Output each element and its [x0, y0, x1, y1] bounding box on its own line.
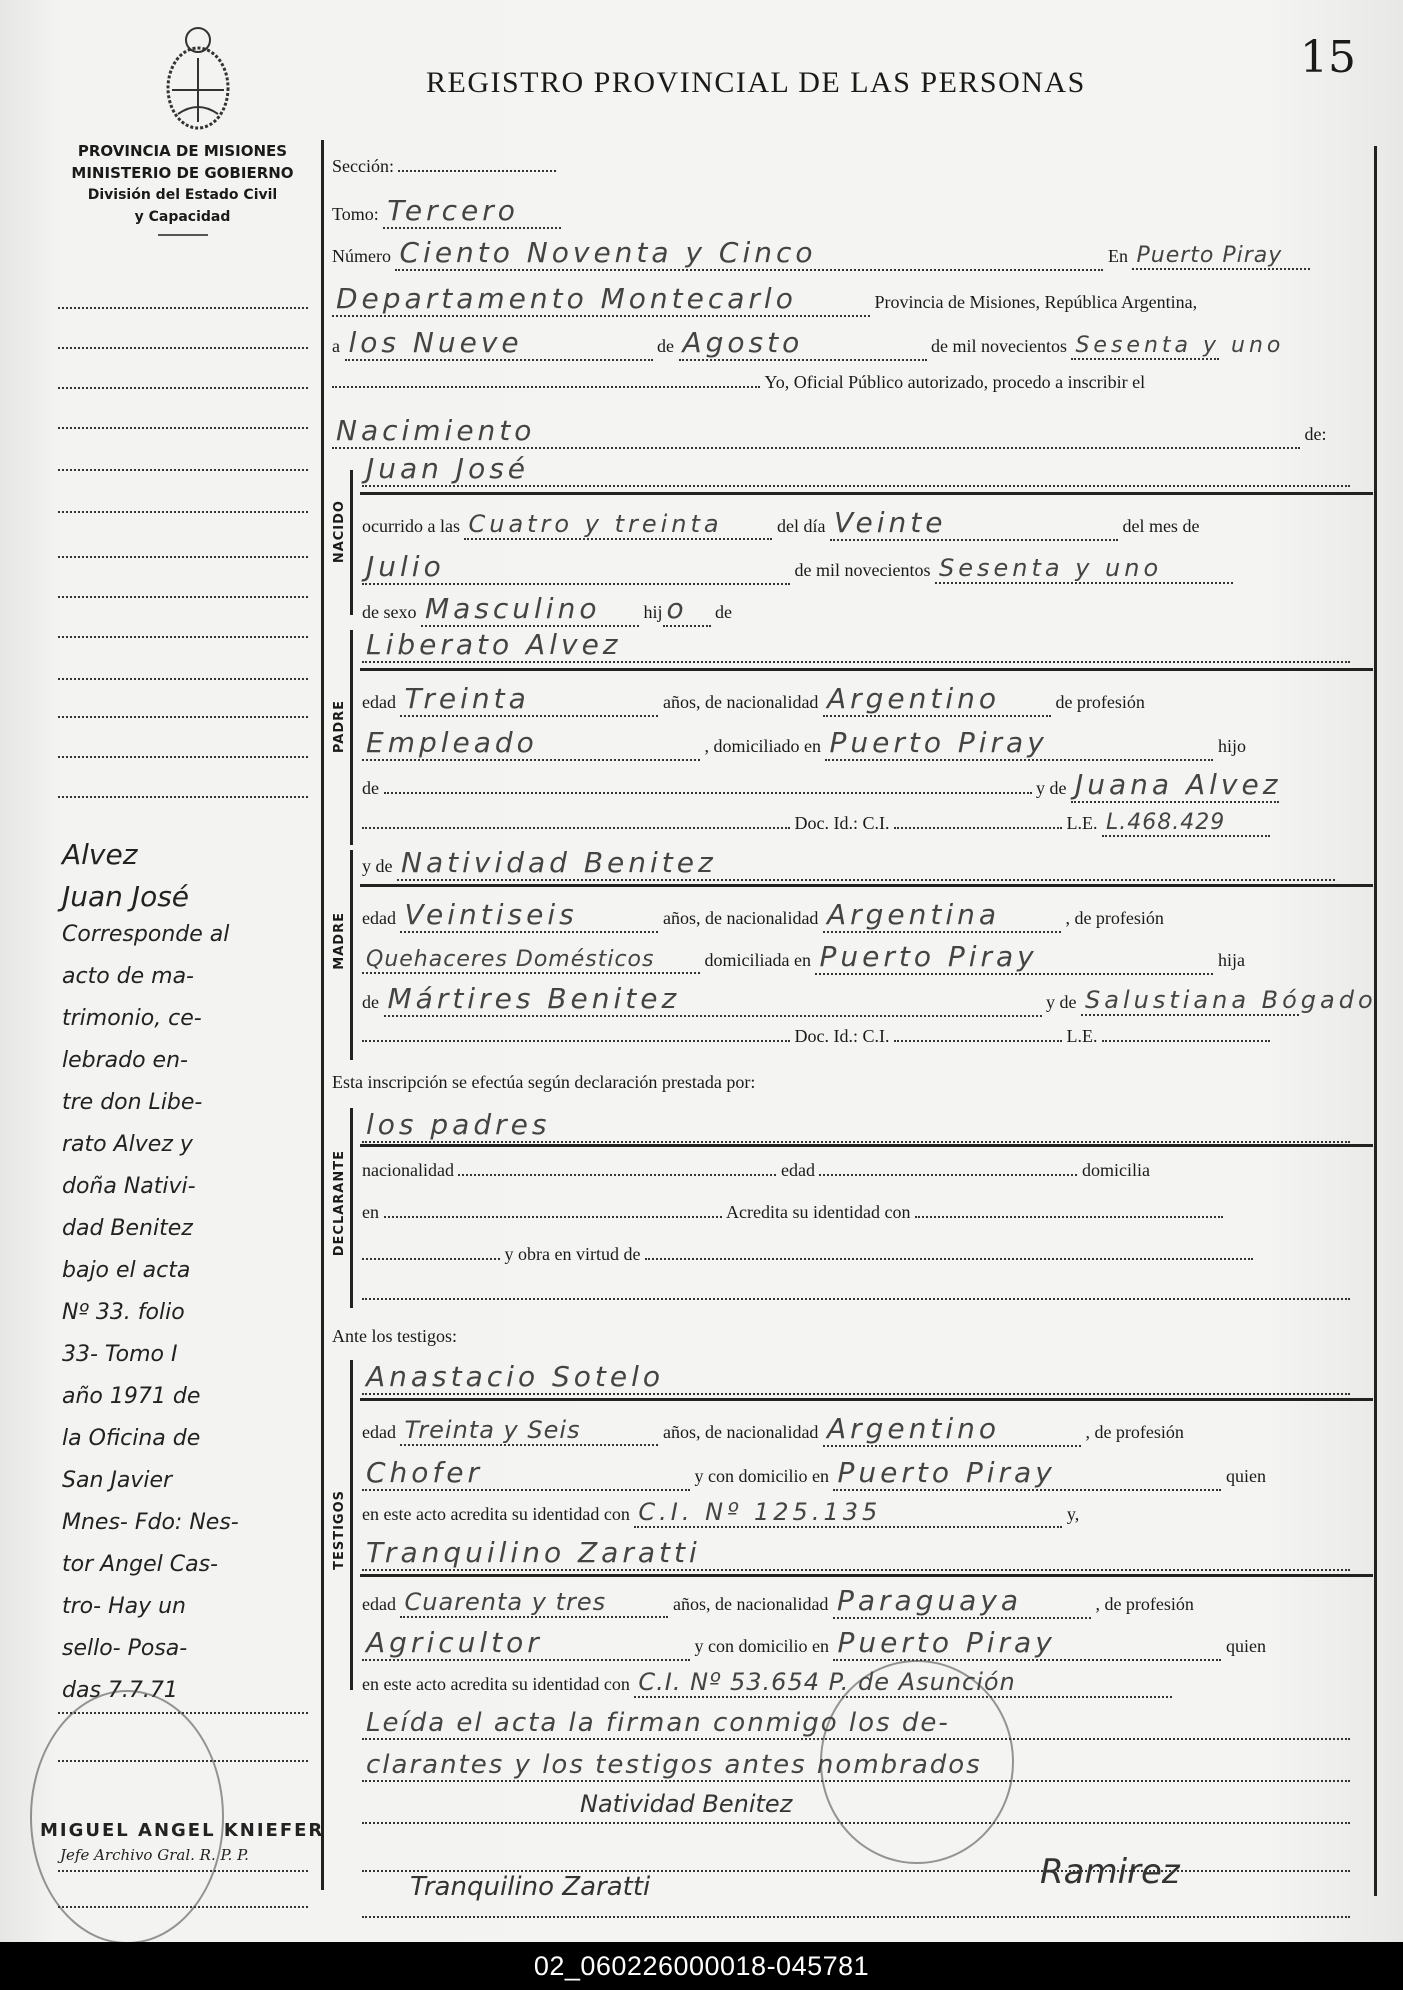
edad-label: edad	[362, 1594, 396, 1614]
margin-note-line: acto de ma-	[62, 964, 312, 989]
office-province: PROVINCIA DE MISIONES	[50, 140, 315, 162]
margin-note-line: tre don Libe-	[62, 1090, 312, 1115]
hijo-label: hijo	[1218, 736, 1246, 756]
margin-note-line: tro- Hay un	[62, 1594, 312, 1619]
sexo-row: de sexo Masculino hijo de	[362, 592, 1373, 627]
anio-continuation-field	[332, 386, 760, 388]
testigos-bar	[350, 1360, 353, 1690]
margin-note-line: bajo el acta	[62, 1258, 312, 1283]
hij-label: hij	[643, 602, 662, 622]
testigo-1-identidad-field: C.I. Nº 125.135	[634, 1498, 1062, 1528]
signature-madre: Natividad Benitez	[580, 1790, 792, 1818]
margin-note-line: Juan José	[62, 880, 312, 913]
tomo-row: Tomo: Tercero	[332, 194, 1373, 229]
declarante-edad-field	[819, 1174, 1077, 1176]
quien-label: quien	[1226, 1466, 1266, 1486]
margin-note-line: doña Nativi-	[62, 1174, 312, 1199]
testigo-2-nombre-row: Tranquilino Zaratti	[362, 1536, 1373, 1571]
declarante-extra-field	[362, 1298, 1350, 1300]
padre-nombre-row: Liberato Alvez	[362, 628, 1373, 663]
margin-line	[58, 1760, 308, 1762]
edad-label: edad	[362, 1422, 396, 1442]
testigo-2-edad-field: Cuarenta y tres	[400, 1588, 668, 1618]
abuela-continuation-field	[362, 827, 790, 829]
rule	[360, 1144, 1373, 1147]
de-label: de	[362, 778, 379, 798]
profesion-label: , de profesión	[1065, 908, 1163, 928]
margin-note-line: Nº 33. folio	[62, 1300, 312, 1325]
madre-le-field	[1102, 1040, 1270, 1042]
declarante-extra-row	[362, 1284, 1373, 1305]
issuing-office: PROVINCIA DE MISIONES MINISTERIO DE GOBI…	[50, 140, 315, 236]
declarante-identidad-cont-field	[362, 1258, 500, 1260]
testigo-1-domicilio-field: Puerto Piray	[833, 1456, 1221, 1491]
dia-field: los Nueve	[345, 326, 653, 361]
stamp-signatory-title: Jefe Archivo Gral. R. P. P.	[60, 1846, 249, 1864]
abuela-paterna-field: Juana Alvez	[1071, 768, 1279, 803]
acredita-label: en este acto acredita su identidad con	[362, 1674, 630, 1694]
margin-line	[58, 716, 308, 718]
margin-note-line: tor Angel Cas-	[62, 1552, 312, 1577]
margin-note-line: la Oficina de	[62, 1426, 312, 1451]
office-division: División del Estado Civil	[50, 184, 315, 206]
departamento-row: Departamento Montecarlo Provincia de Mis…	[332, 282, 1373, 317]
margin-note-line: trimonio, ce-	[62, 1006, 312, 1031]
stamp-signatory-name: MIGUEL ANGEL KNIEFER	[40, 1820, 324, 1841]
margin-line	[58, 1906, 308, 1908]
margin-note-line: sello- Posa-	[62, 1636, 312, 1661]
testigo-2-edad-row: edad Cuarenta y tres años, de nacionalid…	[362, 1584, 1373, 1619]
certificate-page: PROVINCIA DE MISIONES MINISTERIO DE GOBI…	[0, 0, 1403, 1942]
acredita-label: Acredita su identidad con	[726, 1202, 910, 1222]
abuela-materna-continuation-field	[362, 1040, 790, 1042]
official-seal-center-icon	[820, 1660, 1014, 1864]
testigos-intro-row: Ante los testigos:	[332, 1326, 1373, 1347]
margin-line	[58, 636, 308, 638]
oficial-row: Yo, Oficial Público autorizado, procedo …	[332, 372, 1373, 393]
profesion-label: de profesión	[1055, 692, 1144, 712]
testigo-1-profesion-field: Chofer	[362, 1456, 690, 1491]
seccion-label: Sección:	[332, 156, 394, 176]
nacionalidad-label: años, de nacionalidad	[663, 692, 818, 712]
mil-nac-label: de mil novecientos	[795, 560, 931, 580]
doc-label: Doc. Id.: C.I.	[795, 813, 890, 833]
mes-nac-field: Julio	[362, 550, 790, 585]
margin-line	[58, 596, 308, 598]
testigo-1-prof-row: Chofer y con domicilio en Puerto Piray q…	[362, 1456, 1373, 1491]
margin-line	[58, 796, 308, 798]
del-dia-label: del día	[777, 516, 825, 536]
y-de-label: y de	[1036, 778, 1067, 798]
testigo-2-nacionalidad-field: Paraguaya	[833, 1584, 1091, 1619]
padre-profesion-row: Empleado , domiciliado en Puerto Piray h…	[362, 726, 1373, 761]
sexo-label: de sexo	[362, 602, 416, 622]
y-label: y,	[1067, 1504, 1079, 1524]
domicilio-label: y con domicilio en	[695, 1636, 829, 1656]
fecha-row: a los Nueve de Agosto de mil novecientos…	[332, 326, 1373, 361]
margin-line	[58, 307, 308, 309]
abuela-materna-field: Salustiana Bógado	[1081, 986, 1299, 1016]
margin-divider	[321, 140, 324, 1890]
anio-field: Sesenta y uno	[1071, 333, 1219, 360]
a-label: a	[332, 336, 340, 356]
right-border	[1374, 146, 1377, 1896]
numero-label: Número	[332, 246, 391, 266]
tomo-label: Tomo:	[332, 204, 379, 224]
testigo-2-prof-row: Agricultor y con domicilio en Puerto Pir…	[362, 1626, 1373, 1661]
signature-oficial: Ramirez	[1040, 1852, 1180, 1892]
madre-doc-row: Doc. Id.: C.I. L.E.	[362, 1026, 1373, 1047]
de-nac-label: de	[715, 602, 732, 622]
testigo-1-edad-field: Treinta y Seis	[400, 1416, 658, 1446]
padre-padres-row: de y de Juana Alvez	[362, 768, 1373, 803]
margin-note-line: lebrado en-	[62, 1048, 312, 1073]
padre-profesion-field: Empleado	[362, 726, 700, 761]
office-ministry: MINISTERIO DE GOBIERNO	[50, 162, 315, 184]
nacido-mes-row: Julio de mil novecientos Sesenta y uno	[362, 550, 1373, 585]
padre-doc-row: Doc. Id.: C.I. L.E. L.468.429	[362, 810, 1373, 837]
office-rule	[158, 234, 208, 236]
signature-rule	[362, 1848, 1350, 1872]
declarante-intro: Esta inscripción se efectúa según declar…	[332, 1072, 755, 1092]
rule	[360, 1398, 1373, 1401]
madre-padres-row: de Mártires Benitez y de Salustiana Bóga…	[362, 982, 1373, 1017]
margin-line	[58, 427, 308, 429]
ocurrido-label: ocurrido a las	[362, 516, 460, 536]
en-field: Puerto Piray	[1132, 243, 1310, 270]
declarante-section-label: DECLARANTE	[332, 1150, 347, 1256]
margin-note-line: Corresponde al	[62, 922, 312, 947]
doc-label: Doc. Id.: C.I.	[795, 1026, 890, 1046]
page-title: REGISTRO PROVINCIAL DE LAS PERSONAS	[426, 66, 1086, 100]
margin-note-line: rato Alvez y	[62, 1132, 312, 1157]
de-label: de	[362, 992, 379, 1012]
le-label: L.E.	[1066, 1026, 1097, 1046]
y-de-madre-label: y de	[362, 856, 393, 876]
declarante-identidad-field	[915, 1216, 1223, 1218]
nacido-section-label: NACIDO	[332, 500, 347, 563]
acto-row: Nacimiento de:	[332, 414, 1373, 449]
declarante-nac-row: nacionalidad edad domicilia	[362, 1160, 1373, 1181]
image-code: 02_060226000018-045781	[534, 1951, 869, 1981]
provincia-text: Provincia de Misiones, República Argenti…	[875, 292, 1198, 312]
quien-label: quien	[1226, 1636, 1266, 1656]
testigo-1-nombre-row: Anastacio Sotelo	[362, 1360, 1373, 1395]
oficial-text: Yo, Oficial Público autorizado, procedo …	[765, 372, 1146, 392]
margin-line	[58, 556, 308, 558]
hija-label: hija	[1218, 950, 1245, 970]
tomo-field: Tercero	[383, 194, 561, 229]
madre-profesion-row: Quehaceres Domésticos domiciliada en Pue…	[362, 940, 1373, 975]
margin-line	[58, 347, 308, 349]
padre-edad-row: edad Treinta años, de nacionalidad Argen…	[362, 682, 1373, 717]
margin-note-line: San Javier	[62, 1468, 312, 1493]
nacido-nombre-field: Juan José	[362, 452, 1350, 487]
domicilio-label: y con domicilio en	[695, 1466, 829, 1486]
declarante-obra-field	[645, 1258, 1253, 1260]
madre-edad-row: edad Veintiseis años, de nacionalidad Ar…	[362, 898, 1373, 933]
edad-label: edad	[362, 692, 396, 712]
rule	[360, 1574, 1373, 1577]
testigo-2-nombre-field: Tranquilino Zaratti	[362, 1536, 1350, 1571]
testigos-section-label: TESTIGOS	[332, 1490, 347, 1570]
testigo-2-profesion-field: Agricultor	[362, 1626, 690, 1661]
abuelo-paterno-field	[384, 792, 1032, 794]
image-code-bar: 02_060226000018-045781	[0, 1942, 1403, 1990]
testigo-2-domicilio-field: Puerto Piray	[833, 1626, 1221, 1661]
margin-note-line: Alvez	[62, 838, 312, 871]
madre-ci-field	[894, 1040, 1062, 1042]
office-capacity: y Capacidad	[50, 206, 315, 228]
de-colon-label: de:	[1305, 424, 1327, 444]
nacido-bar	[350, 470, 353, 615]
de-label: de	[657, 336, 674, 356]
margin-line	[58, 511, 308, 513]
declarante-intro-row: Esta inscripción se efectúa según declar…	[332, 1072, 1373, 1093]
testigo-1-identidad-row: en este acto acredita su identidad con C…	[362, 1498, 1373, 1528]
rule	[360, 884, 1373, 887]
nacido-hora-row: ocurrido a las Cuatro y treinta del día …	[362, 506, 1373, 541]
nacido-nombre-row: Juan José	[362, 452, 1373, 487]
madre-section-label: MADRE	[332, 912, 347, 970]
testigo-1-edad-row: edad Treinta y Seis años, de nacionalida…	[362, 1412, 1373, 1447]
acto-field: Nacimiento	[332, 414, 1300, 449]
seccion-row: Sección:	[332, 156, 1373, 177]
madre-bar	[350, 850, 353, 1060]
domicilio-label: domiciliada en	[705, 950, 811, 970]
abuelo-materno-field: Mártires Benitez	[384, 982, 1042, 1017]
padre-le-field: L.468.429	[1102, 810, 1270, 837]
numero-row: Número Ciento Noventa y Cinco En Puerto …	[332, 236, 1373, 271]
le-label: L.E.	[1066, 813, 1097, 833]
margin-line	[58, 387, 308, 389]
margin-line	[58, 1870, 308, 1872]
rule	[360, 492, 1373, 495]
seccion-field	[398, 170, 556, 172]
profesion-label: , de profesión	[1095, 1594, 1193, 1614]
sexo-field: Masculino	[421, 592, 639, 627]
signature-testigo: Tranquilino Zaratti	[410, 1872, 650, 1902]
nacionalidad-label: años, de nacionalidad	[663, 908, 818, 928]
madre-nombre-field: Natividad Benitez	[397, 846, 1335, 881]
padre-ci-field	[894, 827, 1062, 829]
nacionalidad-label: años, de nacionalidad	[663, 1422, 818, 1442]
testigos-intro: Ante los testigos:	[332, 1326, 457, 1346]
madre-nombre-row: y de Natividad Benitez	[362, 846, 1373, 881]
padre-domicilio-field: Puerto Piray	[825, 726, 1213, 761]
dia-nac-field: Veinte	[830, 506, 1118, 541]
padre-section-label: PADRE	[332, 700, 347, 753]
profesion-label: , de profesión	[1085, 1422, 1183, 1442]
hora-field: Cuatro y treinta	[464, 510, 772, 540]
rule	[360, 668, 1373, 671]
margin-line	[58, 1712, 308, 1714]
del-mes-label: del mes de	[1122, 516, 1199, 536]
margin-line	[58, 678, 308, 680]
margin-note-line: año 1971 de	[62, 1384, 312, 1409]
nacionalidad-label: años, de nacionalidad	[673, 1594, 828, 1614]
mes-field: Agosto	[679, 326, 927, 361]
mil-label: de mil novecientos	[931, 336, 1067, 356]
testigo-1-nacionalidad-field: Argentino	[823, 1412, 1081, 1447]
y-de-label: y de	[1046, 992, 1077, 1012]
obra-label: y obra en virtud de	[505, 1244, 641, 1264]
madre-domicilio-field: Puerto Piray	[815, 940, 1213, 975]
en-label: en	[362, 1202, 379, 1222]
testigo-1-nombre-field: Anastacio Sotelo	[362, 1360, 1350, 1395]
padre-nacionalidad-field: Argentino	[823, 682, 1051, 717]
edad-label: edad	[362, 908, 396, 928]
numero-field: Ciento Noventa y Cinco	[395, 236, 1103, 271]
padre-nombre-field: Liberato Alvez	[362, 628, 1350, 663]
en-label: En	[1108, 246, 1128, 266]
padre-bar	[350, 630, 353, 845]
margin-note-line: 33- Tomo I	[62, 1342, 312, 1367]
declarante-nombre-row: los padres	[362, 1108, 1373, 1143]
domicilio-label: , domiciliado en	[705, 736, 821, 756]
folio-number: 15	[1300, 32, 1356, 83]
declarante-en-row: en Acredita su identidad con	[362, 1202, 1373, 1223]
padre-edad-field: Treinta	[400, 682, 658, 717]
nacionalidad-label: nacionalidad	[362, 1160, 454, 1180]
declarante-nacionalidad-field	[458, 1174, 776, 1176]
margin-note-line: Mnes- Fdo: Nes-	[62, 1510, 312, 1535]
hij-suffix-field: o	[663, 592, 711, 627]
madre-edad-field: Veintiseis	[400, 898, 658, 933]
anio-nac-field: Sesenta y uno	[935, 554, 1233, 584]
domicilia-label: domicilia	[1082, 1160, 1150, 1180]
madre-nacionalidad-field: Argentina	[823, 898, 1061, 933]
departamento-field: Departamento Montecarlo	[332, 282, 870, 317]
margin-line	[58, 469, 308, 471]
margin-line	[58, 756, 308, 758]
madre-profesion-field: Quehaceres Domésticos	[362, 947, 700, 974]
argentina-coat-of-arms-icon	[158, 22, 238, 134]
declarante-nombre-field: los padres	[362, 1108, 1350, 1143]
margin-note-line: dad Benitez	[62, 1216, 312, 1241]
declarante-domicilio-field	[384, 1216, 722, 1218]
declarante-bar	[350, 1108, 353, 1308]
edad-label: edad	[781, 1160, 815, 1180]
declarante-obra-row: y obra en virtud de	[362, 1244, 1373, 1265]
acredita-label: en este acto acredita su identidad con	[362, 1504, 630, 1524]
